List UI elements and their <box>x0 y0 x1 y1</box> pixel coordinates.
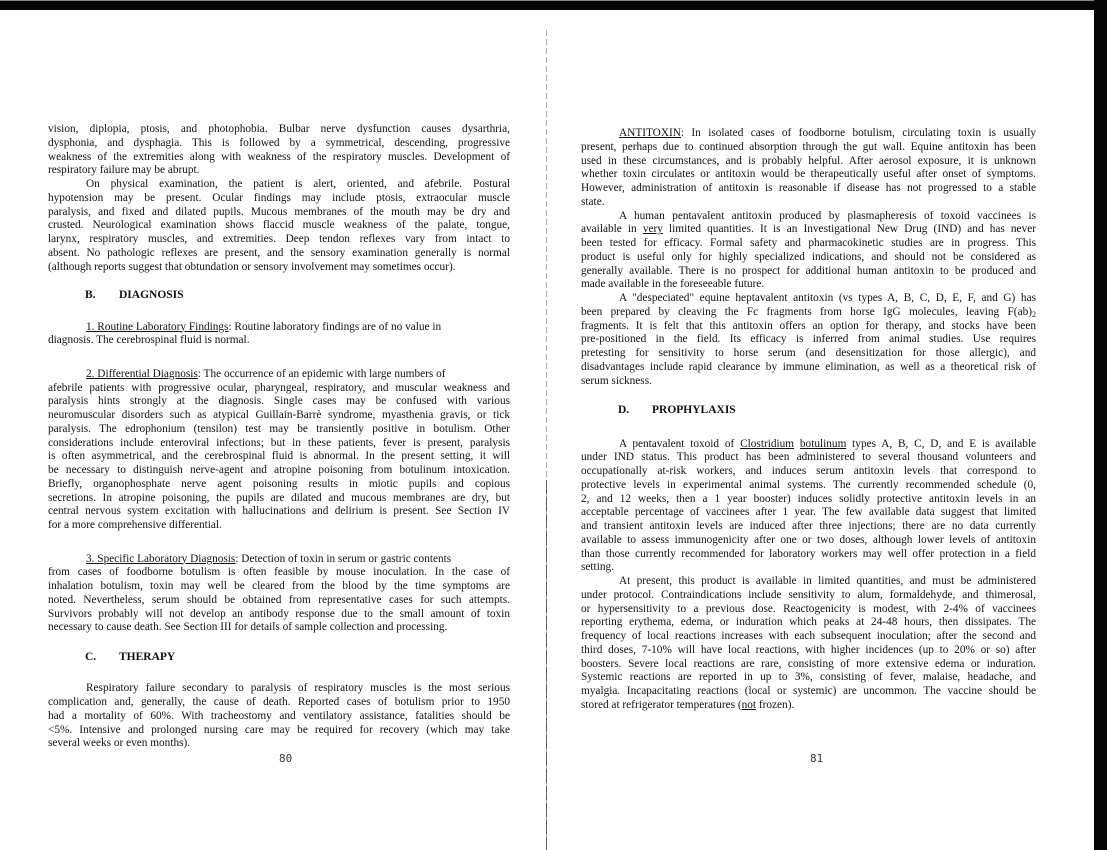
page-gutter-lower <box>546 480 547 850</box>
page-number-left: 80 <box>279 752 292 765</box>
right-page: ANTITOXIN: In isolated cases of foodborn… <box>581 127 1036 713</box>
section-heading-diagnosis: B.DIAGNOSIS <box>48 289 510 303</box>
routine-lab-label: 1. Routine Laboratory Findings <box>86 321 228 333</box>
left-page: vision, diplopia, ptosis, and photophobi… <box>48 123 510 751</box>
antitoxin-paragraph: ANTITOXIN: In isolated cases of foodborn… <box>581 127 1036 210</box>
section-heading-therapy: C.THERAPY <box>48 651 510 665</box>
human-antitoxin-paragraph: A human pentavalent antitoxin produced b… <box>581 210 1036 293</box>
therapy-paragraph: Respiratory failure secondary to paralys… <box>48 682 510 751</box>
specific-lab-label: 3. Specific Laboratory Diagnosis <box>86 553 235 565</box>
physical-exam-paragraph: On physical examination, the patient is … <box>48 178 510 274</box>
symptoms-paragraph: vision, diplopia, ptosis, and photophobi… <box>48 123 510 178</box>
differential-diagnosis-paragraph: 2. Differential Diagnosis: The occurrenc… <box>48 368 510 533</box>
specific-lab-paragraph: 3. Specific Laboratory Diagnosis: Detect… <box>48 553 510 636</box>
equine-antitoxin-paragraph: A "despeciated" equine heptavalent antit… <box>581 292 1036 388</box>
section-heading-prophylaxis: D.PROPHYLAXIS <box>581 404 1036 418</box>
scan-top-border <box>0 0 1107 10</box>
scan-right-border <box>1094 0 1107 850</box>
differential-label: 2. Differential Diagnosis <box>86 368 198 380</box>
routine-lab-paragraph: 1. Routine Laboratory Findings: Routine … <box>48 321 510 349</box>
antitoxin-label: ANTITOXIN <box>619 127 681 139</box>
toxoid-paragraph: A pentavalent toxoid of Clostridium botu… <box>581 438 1036 576</box>
page-number-right: 81 <box>810 752 823 765</box>
availability-paragraph: At present, this product is available in… <box>581 575 1036 713</box>
